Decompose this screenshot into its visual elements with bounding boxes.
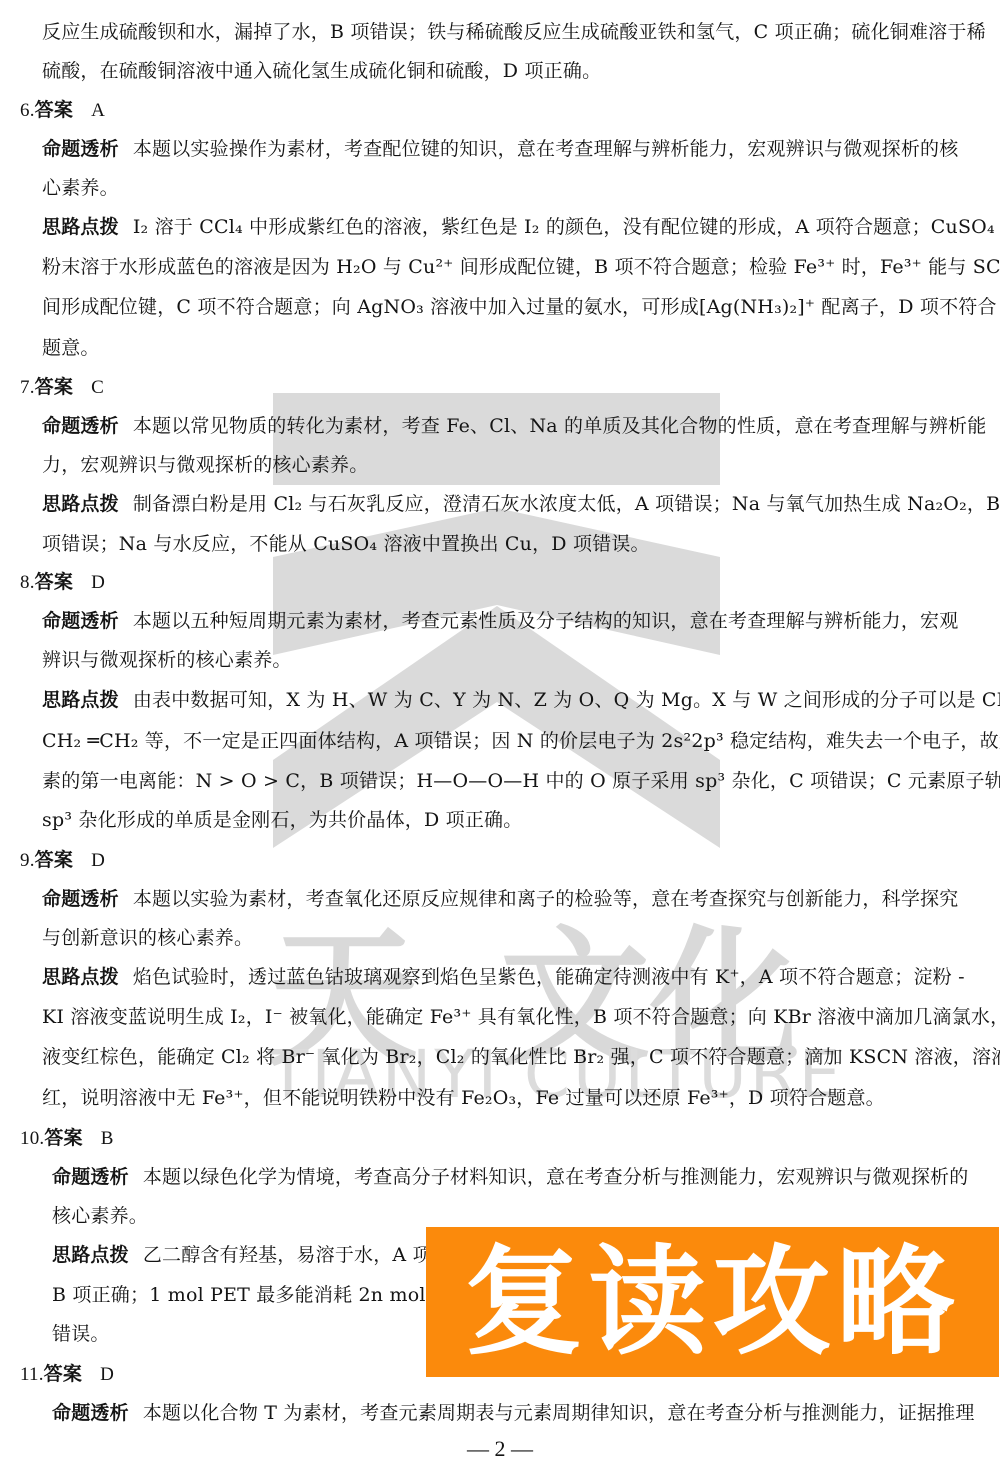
answer-value: D — [91, 572, 105, 593]
hint-line: CH₂ ═CH₂ 等，不一定是正四面体结构，A 项错误；因 N 的价层电子为 2… — [42, 729, 1000, 753]
answer-label: 答案 — [35, 571, 73, 593]
hint-line: 液变红棕色，能确定 Cl₂ 将 Br⁻ 氧化为 Br₂，Cl₂ 的氧化性比 Br… — [42, 1045, 1000, 1069]
hint-label: 思路点拨 — [42, 966, 119, 988]
hint-line: 红，说明溶液中无 Fe³⁺，但不能说明铁粉中没有 Fe₂O₃，Fe 过量可以还原… — [42, 1086, 885, 1110]
promo-banner: 复读攻略 — [426, 1227, 999, 1377]
analysis-text: 本题以绿色化学为情境，考查高分子材料知识，意在考查分析与推测能力，宏观辨识与微观… — [143, 1166, 969, 1188]
hint-line: B 项正确；1 mol PET 最多能消耗 2n mol NaO — [52, 1283, 476, 1307]
hint-line: 粉末溶于水形成蓝色的溶液是因为 H₂O 与 Cu²⁺ 间形成配位键，B 项不符合… — [42, 255, 1000, 279]
hint-label: 思路点拨 — [42, 493, 119, 515]
question-9-heading: 9.答案D — [20, 848, 105, 873]
answer-value: D — [100, 1364, 114, 1385]
hint-line: 错误。 — [52, 1322, 110, 1346]
hint-line: 思路点拨制备漂白粉是用 Cl₂ 与石灰乳反应，澄清石灰水浓度太低，A 项错误；N… — [42, 492, 1000, 516]
analysis-label: 命题透析 — [42, 610, 119, 632]
answer-value: B — [101, 1128, 114, 1149]
question-8-heading: 8.答案D — [20, 570, 105, 595]
hint-line: 思路点拨I₂ 溶于 CCl₄ 中形成紫红色的溶液，紫红色是 I₂ 的颜色，没有配… — [42, 215, 995, 239]
hint-line: 思路点拨焰色试验时，透过蓝色钴玻璃观察到焰色呈紫色，能确定待测液中有 K⁺，A … — [42, 965, 965, 989]
page-number: — 2 — — [0, 1436, 1000, 1462]
answer-label: 答案 — [35, 376, 73, 398]
analysis-text: 本题以五种短周期元素为素材，考查元素性质及分子结构的知识，意在考查理解与辨析能力… — [133, 610, 959, 632]
analysis-label: 命题透析 — [42, 415, 119, 437]
hint-line: 思路点拨乙二醇含有羟基，易溶于水，A 项 — [52, 1243, 432, 1267]
hint-line: KI 溶液变蓝说明生成 I₂，I⁻ 被氧化，能确定 Fe³⁺ 具有氧化性，B 项… — [42, 1005, 1000, 1029]
hint-line: sp³ 杂化形成的单质是金刚石，为共价晶体，D 项正确。 — [42, 808, 522, 832]
question-number: 10. — [20, 1128, 44, 1149]
hint-label: 思路点拨 — [42, 216, 119, 238]
analysis-line: 与创新意识的核心素养。 — [42, 926, 253, 950]
hint-line: 题意。 — [42, 336, 100, 360]
answer-label: 答案 — [44, 1127, 82, 1149]
analysis-line: 核心素养。 — [52, 1204, 148, 1228]
hint-line: 思路点拨由表中数据可知，X 为 H、W 为 C、Y 为 N、Z 为 O、Q 为 … — [42, 688, 1000, 712]
analysis-line: 命题透析本题以实验为素材，考查氧化还原反应规律和离子的检验等，意在考查探究与创新… — [42, 887, 958, 911]
hint-line: 间形成配位键，C 项不符合题意；向 AgNO₃ 溶液中加入过量的氨水，可形成[A… — [42, 295, 997, 319]
hint-text: 制备漂白粉是用 Cl₂ 与石灰乳反应，澄清石灰水浓度太低，A 项错误；Na 与氧… — [133, 493, 1000, 515]
analysis-label: 命题透析 — [42, 138, 119, 160]
question-11-heading: 11.答案D — [20, 1362, 114, 1387]
analysis-label: 命题透析 — [42, 888, 119, 910]
analysis-line: 心素养。 — [42, 176, 119, 200]
analysis-text: 本题以常见物质的转化为素材，考查 Fe、Cl、Na 的单质及其化合物的性质，意在… — [133, 415, 987, 437]
answer-label: 答案 — [44, 1363, 82, 1385]
analysis-line: 命题透析本题以化合物 T 为素材，考查元素周期表与元素周期律知识，意在考查分析与… — [52, 1401, 975, 1425]
hint-label: 思路点拨 — [52, 1244, 129, 1266]
hint-text: I₂ 溶于 CCl₄ 中形成紫红色的溶液，紫红色是 I₂ 的颜色，没有配位键的形… — [133, 216, 995, 238]
hint-line: 项错误；Na 与水反应，不能从 CuSO₄ 溶液中置换出 Cu，D 项错误。 — [42, 532, 650, 556]
continuation-line: 硫酸，在硫酸铜溶液中通入硫化氢生成硫化铜和硫酸，D 项正确。 — [42, 59, 601, 83]
promo-banner-text: 复读攻略 — [464, 1243, 960, 1361]
question-7-heading: 7.答案C — [20, 375, 104, 400]
analysis-text: 本题以实验操作为素材，考查配位键的知识，意在考查理解与辨析能力，宏观辨识与微观探… — [133, 138, 959, 160]
analysis-label: 命题透析 — [52, 1402, 129, 1424]
hint-text: 焰色试验时，透过蓝色钴玻璃观察到焰色呈紫色，能确定待测液中有 K⁺，A 项不符合… — [133, 966, 965, 988]
question-number: 11. — [20, 1364, 44, 1385]
hint-text: 由表中数据可知，X 为 H、W 为 C、Y 为 N、Z 为 O、Q 为 Mg。X… — [133, 689, 1000, 711]
answer-value: A — [91, 100, 105, 121]
question-number: 7. — [20, 377, 35, 398]
analysis-line: 力，宏观辨识与微观探析的核心素养。 — [42, 453, 368, 477]
question-number: 8. — [20, 572, 35, 593]
continuation-line: 反应生成硫酸钡和水，漏掉了水，B 项错误；铁与稀硫酸反应生成硫酸亚铁和氢气，C … — [42, 20, 986, 44]
question-number: 6. — [20, 100, 35, 121]
analysis-text: 本题以实验为素材，考查氧化还原反应规律和离子的检验等，意在考查探究与创新能力，科… — [133, 888, 959, 910]
analysis-text: 本题以化合物 T 为素材，考查元素周期表与元素周期律知识，意在考查分析与推测能力… — [143, 1402, 975, 1424]
analysis-line: 命题透析本题以实验操作为素材，考查配位键的知识，意在考查理解与辨析能力，宏观辨识… — [42, 137, 958, 161]
question-number: 9. — [20, 850, 35, 871]
analysis-line: 命题透析本题以绿色化学为情境，考查高分子材料知识，意在考查分析与推测能力，宏观辨… — [52, 1165, 968, 1189]
hint-label: 思路点拨 — [42, 689, 119, 711]
answer-label: 答案 — [35, 99, 73, 121]
question-10-heading: 10.答案B — [20, 1126, 114, 1151]
answer-label: 答案 — [35, 849, 73, 871]
hint-text: 乙二醇含有羟基，易溶于水，A 项 — [143, 1244, 432, 1266]
analysis-line: 辨识与微观探析的核心素养。 — [42, 648, 292, 672]
analysis-line: 命题透析本题以五种短周期元素为素材，考查元素性质及分子结构的知识，意在考查理解与… — [42, 609, 958, 633]
answer-value: C — [91, 377, 104, 398]
answer-value: D — [91, 850, 105, 871]
analysis-line: 命题透析本题以常见物质的转化为素材，考查 Fe、Cl、Na 的单质及其化合物的性… — [42, 414, 986, 438]
analysis-label: 命题透析 — [52, 1166, 129, 1188]
hint-line: 素的第一电离能：N > O > C，B 项错误；H—O—O—H 中的 O 原子采… — [42, 769, 1000, 793]
question-6-heading: 6.答案A — [20, 98, 105, 123]
